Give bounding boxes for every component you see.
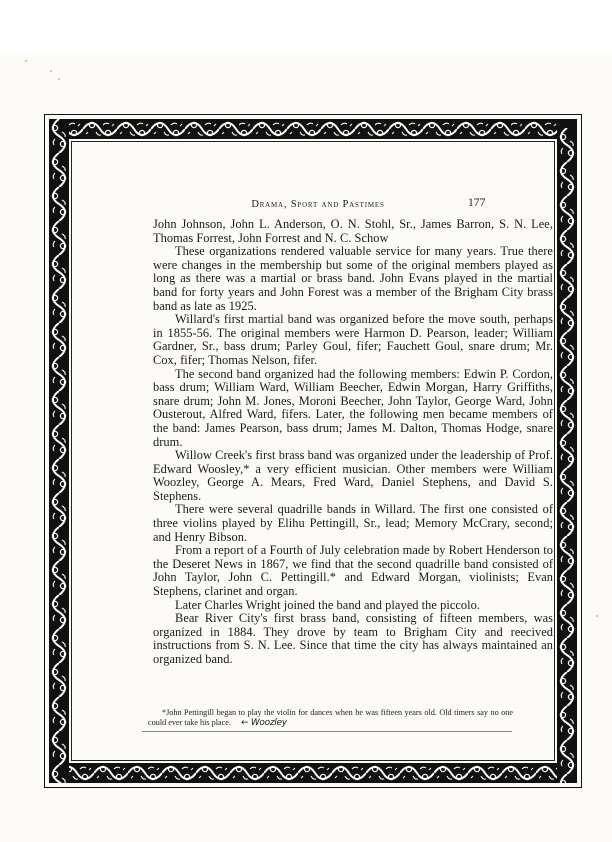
running-head-title: Drama, Sport and Pastimes	[153, 198, 483, 212]
scroll-vine-icon	[49, 119, 577, 139]
scan-speck	[25, 60, 27, 62]
page-number: 177	[468, 197, 485, 211]
running-head: Drama, Sport and Pastimes 177	[153, 196, 556, 214]
scan-speck	[50, 70, 52, 72]
border-left-ornament	[49, 119, 69, 783]
paragraph: John Johnson, John L. Anderson, O. N. St…	[153, 218, 553, 245]
paragraph: Willow Creek's first brass band was orga…	[153, 449, 553, 503]
scan-speck	[58, 78, 60, 80]
scroll-vine-icon	[49, 119, 69, 783]
scroll-vine-icon	[49, 763, 577, 783]
page-body: Drama, Sport and Pastimes 177 John Johns…	[153, 196, 556, 667]
border-top-ornament	[49, 119, 577, 139]
paragraph: Later Charles Wright joined the band and…	[153, 599, 553, 613]
border-right-ornament	[557, 119, 577, 783]
scroll-vine-icon	[557, 119, 577, 783]
handwritten-annotation: ← Woozley	[241, 718, 287, 728]
footnote-rule	[142, 731, 512, 732]
paragraph: Bear River City's first brass band, cons…	[153, 612, 553, 666]
scan-speck	[596, 615, 598, 617]
paragraph: There were several quadrille bands in Wi…	[153, 503, 553, 544]
footnote: *John Pettingill began to play the violi…	[148, 708, 513, 728]
paragraph: From a report of a Fourth of July celebr…	[153, 544, 553, 598]
footnote-text: *John Pettingill began to play the violi…	[148, 708, 513, 727]
paragraph: Willard's first martial band was organiz…	[153, 313, 553, 367]
paragraph: The second band organized had the follow…	[153, 368, 553, 450]
border-bottom-ornament	[49, 763, 577, 783]
scan-margin	[0, 0, 612, 55]
paragraph: These organizations rendered valuable se…	[153, 245, 553, 313]
